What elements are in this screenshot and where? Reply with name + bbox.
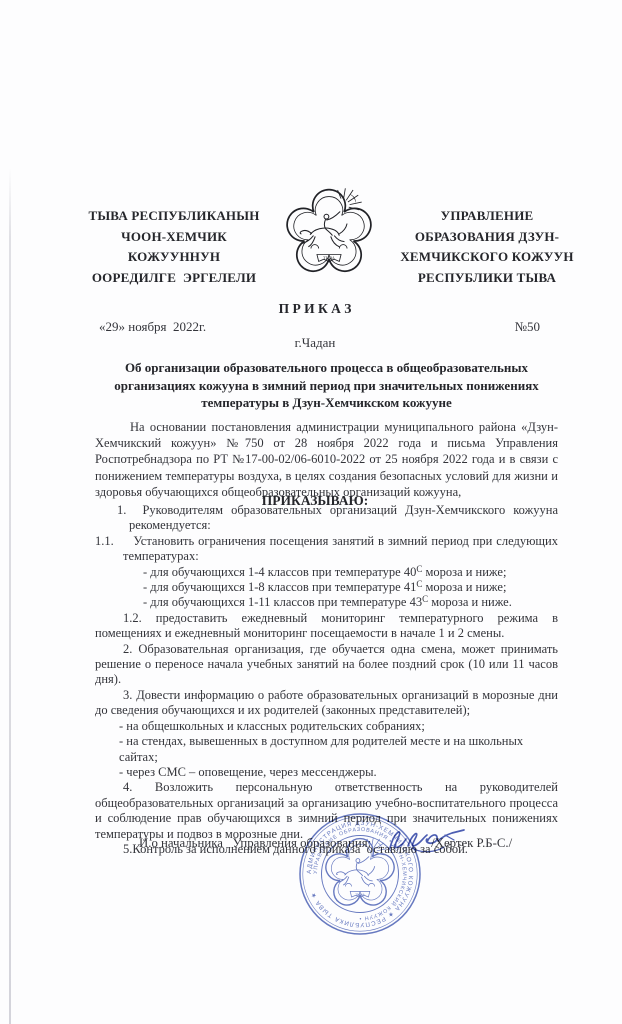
order-item-3-sub-2: - на стендах, вывешенных в доступном для…	[95, 734, 558, 765]
tuva-coat-of-arms-icon	[286, 188, 374, 288]
order-item-1-2: 1.2. предоставить ежедневный мониторинг …	[95, 611, 558, 642]
order-number: №50	[515, 319, 540, 335]
scan-edge-artifact	[9, 168, 11, 1024]
order-item-3: 3. Довести информацию о работе образоват…	[95, 688, 558, 719]
order-items: 1. Руководителям образовательных организ…	[95, 503, 558, 857]
scanned-order-document: ТЫВА РЕСПУБЛИКАНЫН ЧООН-ХЕМЧИК КОЖУУННУН…	[0, 0, 622, 1024]
order-title: Об организации образовательного процесса…	[95, 359, 558, 412]
order-item-temp-1-8: - для обучающихся 1-8 классов при темпер…	[95, 580, 558, 595]
order-item-1-1: 1.1. Установить ограничения посещения за…	[95, 534, 558, 565]
order-item-2: 2. Образовательная организация, где обуч…	[95, 642, 558, 688]
org-name-russian: УПРАВЛЕНИЕ ОБРАЗОВАНИЯ ДЗУН- ХЕМЧИКСКОГО…	[399, 206, 575, 288]
letterhead: ТЫВА РЕСПУБЛИКАНЫН ЧООН-ХЕМЧИК КОЖУУННУН…	[88, 200, 575, 288]
date-number-row: «29» ноября 2022г. №50	[99, 319, 558, 335]
order-date: «29» ноября 2022г.	[99, 319, 206, 335]
order-preamble: На основании постановления администрации…	[95, 419, 558, 500]
order-item-1: 1. Руководителям образовательных организ…	[95, 503, 558, 534]
signature-scribble-icon	[382, 822, 470, 860]
order-item-3-sub-1: - на общешкольных и классных родительски…	[95, 719, 558, 734]
doc-type-prikaz: П Р И К А З	[95, 301, 535, 317]
order-item-temp-1-4: - для обучающихся 1-4 классов при темпер…	[95, 565, 558, 580]
order-item-temp-1-11: - для обучающихся 1-11 классов при темпе…	[95, 595, 558, 610]
org-name-tuvan: ТЫВА РЕСПУБЛИКАНЫН ЧООН-ХЕМЧИК КОЖУУННУН…	[88, 206, 260, 288]
order-place: г.Чадан	[95, 335, 535, 351]
order-item-3-sub-3: - через СМС – оповещение, через мессендж…	[95, 765, 558, 780]
